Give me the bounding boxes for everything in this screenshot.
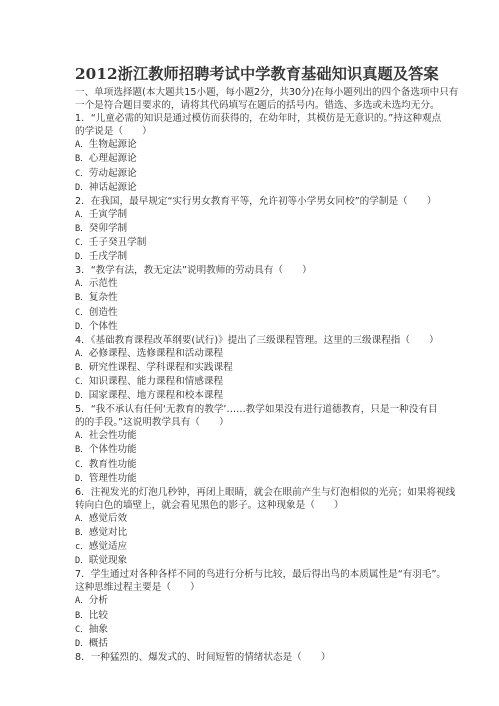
option-text: 研究性课程、学科课程和实践课程 xyxy=(89,362,233,373)
option-letter: B． xyxy=(75,293,89,303)
option-letter: A． xyxy=(75,514,89,524)
option-text: 壬戌学制 xyxy=(89,251,127,262)
answer-option: A．分析 xyxy=(75,594,425,608)
question-stem-line: 5．“我不承认有任何‘无教育的教学’……教学如果没有进行道德教育，只是一种没有目 xyxy=(75,403,425,416)
option-text: 个体性功能 xyxy=(89,444,137,455)
question-stem-line: 4．《基础教育课程改革纲要(试行)》提出了三级课程管理。这里的三级课程指（ ） xyxy=(75,334,425,347)
option-letter: A． xyxy=(75,431,89,441)
option-letter: D． xyxy=(75,556,89,566)
question-stem-line: 的的手段。”这说明教学具有（ ） xyxy=(75,416,425,429)
answer-option: D．个体性 xyxy=(75,320,425,334)
option-letter: C． xyxy=(75,460,89,470)
question-3: 3．“教学有法，教无定法”说明教师的劳动具有（ ）A．示范性B．复杂性C．创造性… xyxy=(75,264,425,333)
answer-option: B．癸卯学制 xyxy=(75,222,425,236)
answer-option: C．劳动起源论 xyxy=(75,167,425,181)
option-text: 生物起源论 xyxy=(89,139,137,150)
option-text: 感觉后效 xyxy=(89,513,127,524)
option-letter: C． xyxy=(75,308,89,318)
option-letter: D． xyxy=(75,391,89,401)
option-letter: D． xyxy=(75,183,89,193)
answer-option: D．概括 xyxy=(75,637,425,651)
question-6: 6．注视发光的灯泡几秒钟，再闭上眼睛，就会在眼前产生与灯泡相似的光亮；如果将视线… xyxy=(75,486,425,569)
section-intro: 一、单项选择题(本大题共15小题，每小题2分，共30分)在每小题列出的四个备选项… xyxy=(75,86,425,112)
answer-option: D．神话起源论 xyxy=(75,181,425,195)
question-stem-line: 1．“儿童必需的知识是通过模仿而获得的，在幼年时，其模仿是无意识的。”持这种观点 xyxy=(75,112,425,125)
option-text: 管理性功能 xyxy=(89,473,137,484)
question-stem-line: 3．“教学有法，教无定法”说明教师的劳动具有（ ） xyxy=(75,264,425,277)
option-text: 劳动起源论 xyxy=(89,168,137,179)
option-letter: A． xyxy=(75,349,89,359)
option-letter: B． xyxy=(75,154,89,164)
option-text: 个体性 xyxy=(89,321,118,332)
document-page: 2012浙江教师招聘考试中学教育基础知识真题及答案 一、单项选择题(本大题共15… xyxy=(75,64,425,664)
option-text: 比较 xyxy=(89,610,108,621)
answer-option: D．联觉现象 xyxy=(75,554,425,568)
option-text: 感觉对比 xyxy=(89,527,127,538)
option-text: 教育性功能 xyxy=(89,459,137,470)
answer-option: A．壬寅学制 xyxy=(75,208,425,222)
question-stem-line: 转向白色的墙壁上，就会看见黑色的影子。这种现象是（ ） xyxy=(75,499,425,512)
option-letter: A． xyxy=(75,279,89,289)
option-text: 壬寅学制 xyxy=(89,209,127,220)
option-letter: C． xyxy=(75,377,89,387)
question-1: 1．“儿童必需的知识是通过模仿而获得的，在幼年时，其模仿是无意识的。”持这种观点… xyxy=(75,112,425,195)
answer-option: B．复杂性 xyxy=(75,291,425,305)
question-stem-line: 这种思维过程主要是（ ） xyxy=(75,581,425,594)
option-letter: B． xyxy=(75,224,89,234)
option-letter: C． xyxy=(75,625,89,635)
question-2: 2．在我国，最早规定“实行男女教育平等，允许初等小学男女同校”的学制是（ ）A．… xyxy=(75,195,425,264)
option-letter: B． xyxy=(75,611,89,621)
option-text: 社会性功能 xyxy=(89,430,137,441)
answer-option: B．比较 xyxy=(75,609,425,623)
answer-option: A．示范性 xyxy=(75,277,425,291)
option-letter: D． xyxy=(75,474,89,484)
answer-option: C．知识课程、能力课程和情感课程 xyxy=(75,375,425,389)
question-stem-line: 的学说是（ ） xyxy=(75,125,425,138)
answer-option: B．研究性课程、学科课程和实践课程 xyxy=(75,361,425,375)
option-text: 抽象 xyxy=(89,624,108,635)
option-text: 概括 xyxy=(89,638,108,649)
answer-option: D．管理性功能 xyxy=(75,472,425,486)
option-letter: C． xyxy=(75,238,89,248)
option-text: 癸卯学制 xyxy=(89,223,127,234)
answer-option: B．心理起源论 xyxy=(75,152,425,166)
option-text: 联觉现象 xyxy=(89,555,127,566)
option-text: 感觉适应 xyxy=(89,541,127,552)
question-7: 7．学生通过对各种各样不同的鸟进行分析与比较，最后得出鸟的本质属性是“有羽毛”。… xyxy=(75,568,425,651)
option-text: 国家课程、地方课程和校本课程 xyxy=(89,390,223,401)
answer-option: C．创造性 xyxy=(75,306,425,320)
document-title: 2012浙江教师招聘考试中学教育基础知识真题及答案 xyxy=(75,64,425,84)
intro-line: 一、单项选择题(本大题共15小题，每小题2分，共30分)在每小题列出的四个备选项… xyxy=(75,86,425,99)
answer-option: A．感觉后效 xyxy=(75,512,425,526)
option-letter: A． xyxy=(75,596,89,606)
answer-option: c．感觉适应 xyxy=(75,540,425,554)
question-4: 4．《基础教育课程改革纲要(试行)》提出了三级课程管理。这里的三级课程指（ ）A… xyxy=(75,334,425,403)
question-8: 8．一种猛烈的、爆发式的、时间短暂的情绪状态是（ ） xyxy=(75,651,425,664)
option-text: 必修课程、选修课程和活动课程 xyxy=(89,348,223,359)
option-text: 神话起源论 xyxy=(89,182,137,193)
option-letter: B． xyxy=(75,528,89,538)
question-stem-line: 7．学生通过对各种各样不同的鸟进行分析与比较，最后得出鸟的本质属性是“有羽毛”。 xyxy=(75,568,425,581)
option-letter: B． xyxy=(75,363,89,373)
option-text: 创造性 xyxy=(89,307,118,318)
answer-option: A．必修课程、选修课程和活动课程 xyxy=(75,347,425,361)
answer-option: B．个体性功能 xyxy=(75,443,425,457)
option-letter: D． xyxy=(75,252,89,262)
question-stem-line: 2．在我国，最早规定“实行男女教育平等，允许初等小学男女同校”的学制是（ ） xyxy=(75,195,425,208)
answer-option: C．壬子癸丑学制 xyxy=(75,236,425,250)
option-letter: B． xyxy=(75,445,89,455)
intro-line: 一个是符合题目要求的，请将其代码填写在题后的括号内。错选、多选或未选均无分。 xyxy=(75,99,425,112)
option-letter: A． xyxy=(75,210,89,220)
answer-option: A．社会性功能 xyxy=(75,429,425,443)
question-stem-line: 6．注视发光的灯泡几秒钟，再闭上眼睛，就会在眼前产生与灯泡相似的光亮；如果将视线 xyxy=(75,486,425,499)
option-text: 示范性 xyxy=(89,278,118,289)
option-text: 知识课程、能力课程和情感课程 xyxy=(89,376,223,387)
answer-option: C．抽象 xyxy=(75,623,425,637)
answer-option: C．教育性功能 xyxy=(75,458,425,472)
option-letter: A． xyxy=(75,140,89,150)
option-letter: c． xyxy=(75,542,89,552)
option-letter: D． xyxy=(75,639,89,649)
question-stem-line: 8．一种猛烈的、爆发式的、时间短暂的情绪状态是（ ） xyxy=(75,651,425,664)
option-text: 壬子癸丑学制 xyxy=(89,237,147,248)
answer-option: B．感觉对比 xyxy=(75,526,425,540)
answer-option: D．国家课程、地方课程和校本课程 xyxy=(75,389,425,403)
option-text: 分析 xyxy=(89,595,108,606)
question-list: 1．“儿童必需的知识是通过模仿而获得的，在幼年时，其模仿是无意识的。”持这种观点… xyxy=(75,112,425,664)
answer-option: A．生物起源论 xyxy=(75,138,425,152)
option-letter: D． xyxy=(75,322,89,332)
answer-option: D．壬戌学制 xyxy=(75,250,425,264)
question-5: 5．“我不承认有任何‘无教育的教学’……教学如果没有进行道德教育，只是一种没有目… xyxy=(75,403,425,486)
option-text: 复杂性 xyxy=(89,292,118,303)
option-text: 心理起源论 xyxy=(89,153,137,164)
option-letter: C． xyxy=(75,169,89,179)
